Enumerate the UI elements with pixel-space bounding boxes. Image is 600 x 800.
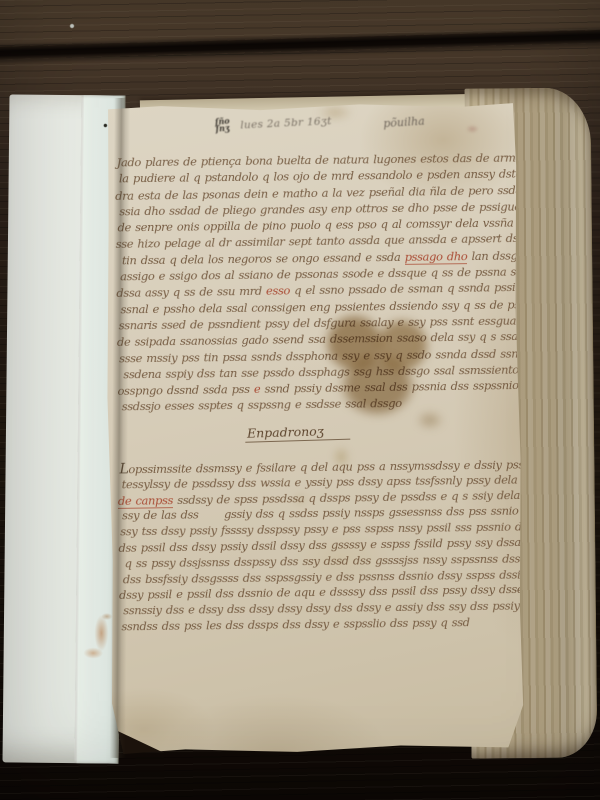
paragraph-1: Jado plares de ptiença bona buelta de na… — [117, 151, 514, 417]
ink-text-segment: ssdssjo esses ssptes q sspssng e ssdsse … — [122, 396, 402, 413]
mid-page-heading: Enpadronoʒ — [245, 421, 350, 442]
mid-heading-word: Enpadronoʒ — [245, 423, 350, 443]
manuscript-line: ssdssjo esses ssptes q sspssng e ssdsse … — [122, 395, 516, 416]
header-scribble-tag: ſño ſnʒ — [215, 118, 231, 133]
manuscript-book: ſño ſnʒ lues 2a 5br 16ʒt põuilha Jado pl… — [0, 0, 600, 800]
header-date-line: lues 2a 5br 16ʒt — [240, 115, 332, 131]
paragraph-2: Lopssimssite dssmssy e fssilare q del aq… — [119, 457, 517, 636]
page-header: ſño ſnʒ lues 2a 5br 16ʒt põuilha — [215, 116, 425, 133]
red-ink-word: pssago dho — [405, 249, 468, 265]
ink-text-segment: lan dssg — [467, 248, 517, 263]
photo-scene: ſño ſnʒ lues 2a 5br 16ʒt põuilha Jado pl… — [0, 0, 600, 800]
manuscript-page: ſño ſnʒ lues 2a 5br 16ʒt põuilha Jado pl… — [103, 100, 525, 755]
ink-text-segment: dssa assy q ss de ssu mrd — [116, 284, 266, 300]
header-right-note: põuilha — [383, 115, 425, 131]
header-tag-bottom: ſnʒ — [215, 124, 230, 132]
ink-text-segment: ssndss dss pss les dss dssps dss dssy e … — [121, 615, 469, 633]
page-corner-fold — [117, 728, 180, 759]
faint-folio-mark — [461, 121, 483, 137]
left-cover-flyleaf — [3, 94, 126, 763]
red-ink-word: esso — [266, 284, 290, 298]
ink-text-segment: osspngo dssnd ssda pss — [117, 382, 254, 398]
ink-text-segment: tin dssa q dela los negoros se ongo essa… — [122, 250, 405, 267]
ink-text-segment: ssnd pssiy dssme ssal dss pssnia dss ssp… — [260, 378, 530, 396]
ink-text-segment: q el ssno pssado de ssman q ssnda pssili… — [290, 280, 540, 298]
